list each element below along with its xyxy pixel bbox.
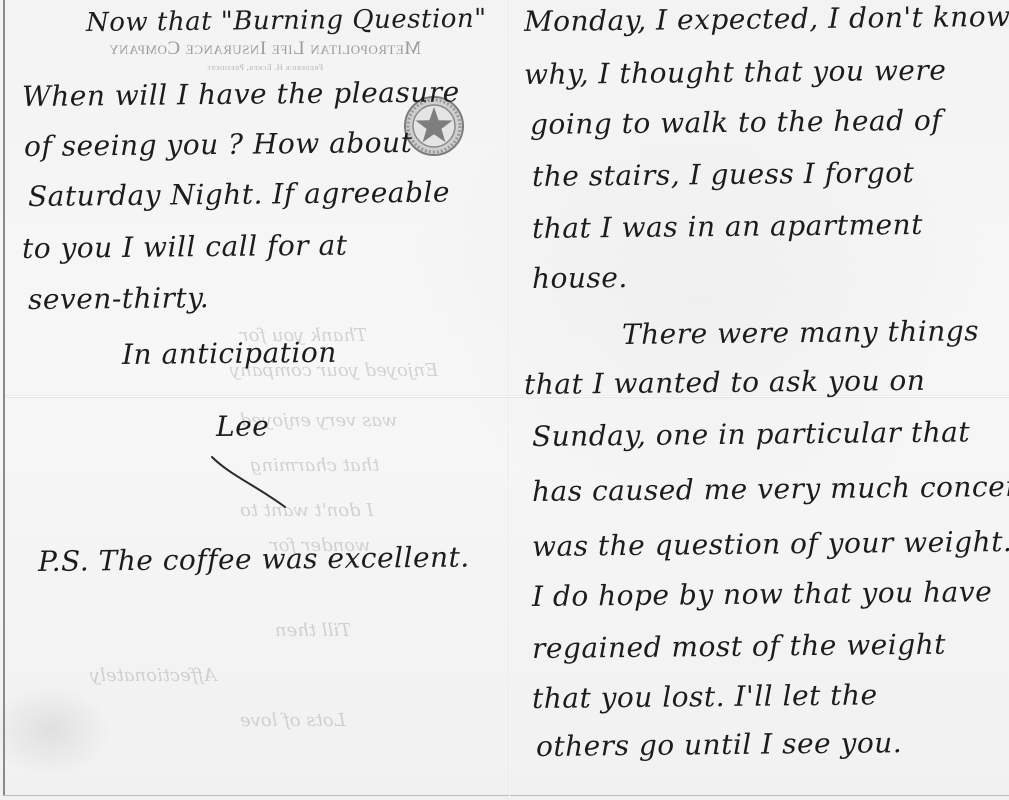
signature-flourish-icon (210, 455, 290, 510)
letter-line: to you I will call for at (22, 229, 348, 265)
letter-line: that I was in an apartment (532, 208, 923, 245)
letter-line: Sunday, one in particular that (532, 415, 970, 453)
letter-line: regained most of the weight (532, 628, 946, 665)
letter-line: Now that "Burning Question" (86, 4, 487, 38)
letter-line: There were many things (622, 314, 979, 351)
right-page: Monday, I expected, I don't know why, I … (510, 0, 1009, 800)
letter-line: seven-thirty. (28, 281, 210, 316)
letter-line: has caused me very much concern (532, 470, 1009, 508)
letter-line: Monday, I expected, I don't know (524, 0, 1009, 38)
letter-line: When will I have the pleasure (22, 75, 460, 113)
letter-line: going to walk to the head of (530, 104, 943, 141)
letter-line: house. (532, 261, 628, 295)
letter-closing: In anticipation (122, 336, 337, 371)
left-page: Now that "Burning Question" When will I … (0, 0, 508, 800)
letter-line: that I wanted to ask you on (524, 364, 926, 401)
letter-line: the stairs, I guess I forgot (532, 156, 915, 193)
letter-line: of seeing you ? How about (24, 126, 413, 163)
letter-line: why, I thought that you were (524, 54, 947, 91)
letter-line: that you lost. I'll let the (532, 678, 878, 715)
letter-line: others go until I see you. (536, 726, 902, 763)
letter-postscript: P.S. The coffee was excellent. (38, 540, 470, 578)
letter-line: I do hope by now that you have (532, 575, 993, 613)
letter-line: Saturday Night. If agreeable (28, 176, 450, 213)
letter-line: was the question of your weight. (532, 525, 1009, 563)
letter-signature: Lee (216, 409, 270, 443)
